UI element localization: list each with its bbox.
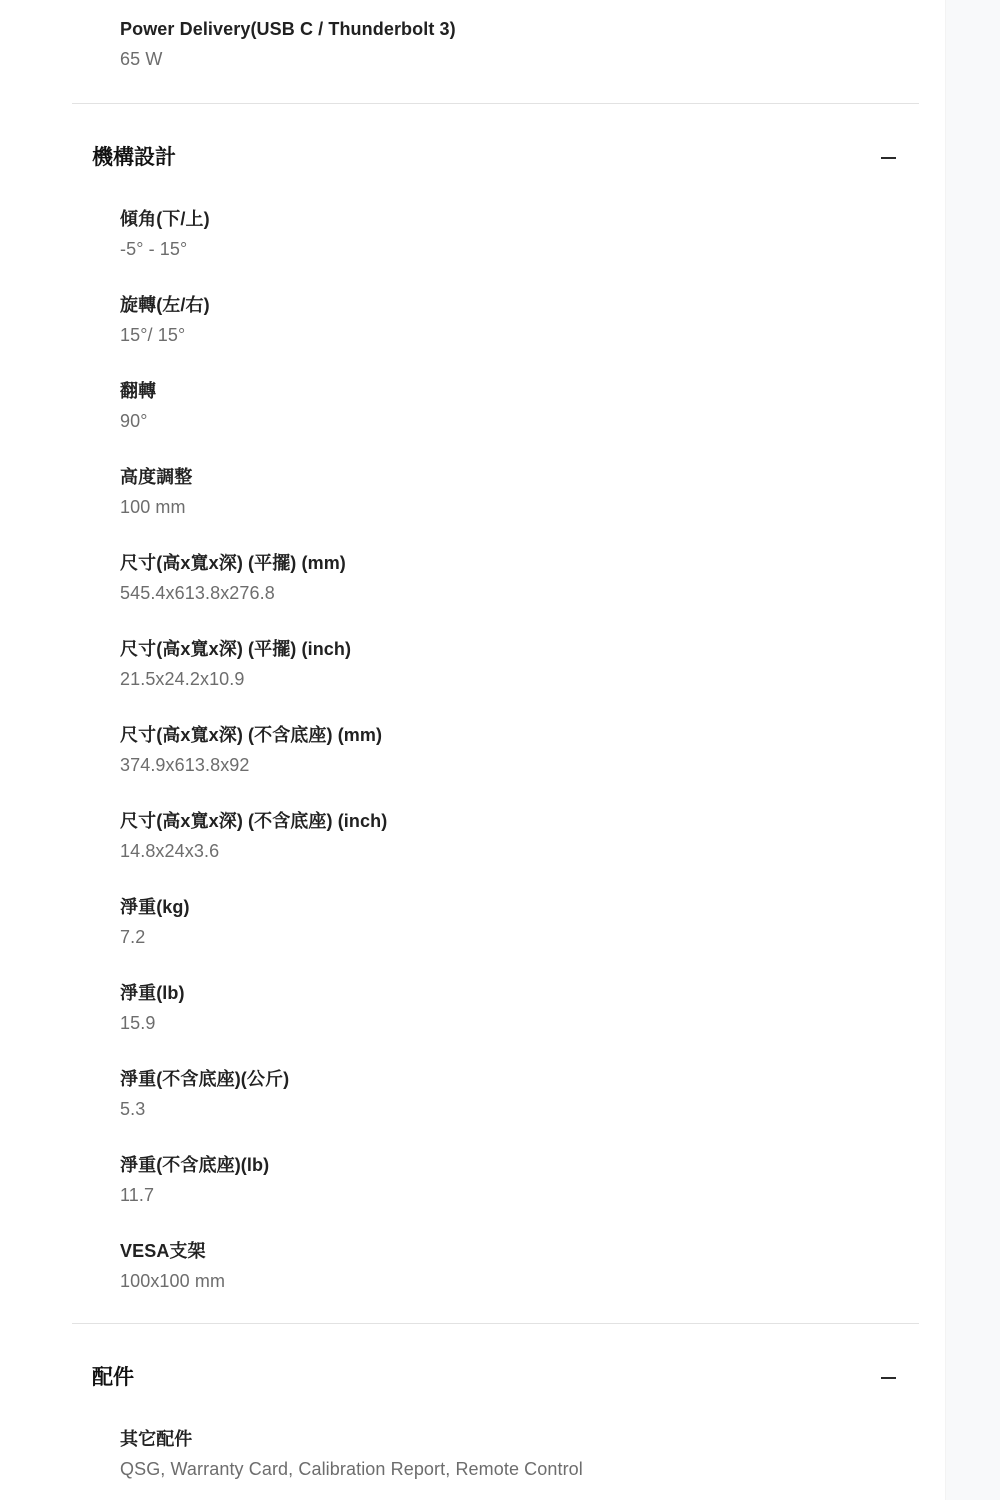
spec-row-dimensions-no-stand-inch: 尺寸(高x寬x深) (不含底座) (inch) 14.8x24x3.6 — [120, 809, 870, 863]
spec-label: 高度調整 — [120, 465, 870, 489]
spec-value: 90° — [120, 409, 870, 433]
spec-value: -5° - 15° — [120, 237, 870, 261]
spec-value: 65 W — [120, 47, 870, 71]
spec-label: 尺寸(高x寬x深) (平擺) (mm) — [120, 551, 870, 575]
spec-value: 5.3 — [120, 1097, 870, 1121]
spec-value: 7.2 — [120, 925, 870, 949]
spec-row-dimensions-no-stand-mm: 尺寸(高x寬x深) (不含底座) (mm) 374.9x613.8x92 — [120, 723, 870, 777]
spec-label: 淨重(不含底座)(公斤) — [120, 1067, 870, 1091]
collapse-minus-icon[interactable] — [881, 157, 896, 159]
spec-label: 尺寸(高x寬x深) (不含底座) (inch) — [120, 809, 870, 833]
spec-row-tilt: 傾角(下/上) -5° - 15° — [120, 207, 870, 261]
spec-label: 傾角(下/上) — [120, 207, 870, 231]
spec-label: 翻轉 — [120, 379, 870, 403]
spec-row-net-weight-kg: 淨重(kg) 7.2 — [120, 895, 870, 949]
section-header-accessories[interactable]: 配件 — [92, 1324, 896, 1393]
spec-label: 尺寸(高x寬x深) (平擺) (inch) — [120, 637, 870, 661]
spec-row-net-weight-no-stand-lb: 淨重(不含底座)(lb) 11.7 — [120, 1153, 870, 1207]
spec-row-dimensions-with-stand-mm: 尺寸(高x寬x深) (平擺) (mm) 545.4x613.8x276.8 — [120, 551, 870, 605]
spec-value: 374.9x613.8x92 — [120, 753, 870, 777]
spec-value: 100 mm — [120, 495, 870, 519]
spec-page: Power Delivery(USB C / Thunderbolt 3) 65… — [0, 0, 1000, 1500]
spec-row-swivel: 旋轉(左/右) 15°/ 15° — [120, 293, 870, 347]
spec-value: 11.7 — [120, 1183, 870, 1207]
spec-label: 淨重(不含底座)(lb) — [120, 1153, 870, 1177]
section-header-mechanical-design[interactable]: 機構設計 — [92, 104, 896, 173]
spec-row-height-adjust: 高度調整 100 mm — [120, 465, 870, 519]
spec-row-pivot: 翻轉 90° — [120, 379, 870, 433]
spec-value: 15.9 — [120, 1011, 870, 1035]
spec-value: 15°/ 15° — [120, 323, 870, 347]
spec-label: 尺寸(高x寬x深) (不含底座) (mm) — [120, 723, 870, 747]
spec-label: 淨重(lb) — [120, 981, 870, 1005]
spec-row-vesa-mount: VESA支架 100x100 mm — [120, 1239, 870, 1293]
section-body-mechanical-design: 傾角(下/上) -5° - 15° 旋轉(左/右) 15°/ 15° 翻轉 90… — [120, 173, 870, 1293]
spec-value: QSG, Warranty Card, Calibration Report, … — [120, 1457, 870, 1481]
spec-row-dimensions-with-stand-inch: 尺寸(高x寬x深) (平擺) (inch) 21.5x24.2x10.9 — [120, 637, 870, 691]
spec-value: 100x100 mm — [120, 1269, 870, 1293]
section-title: 配件 — [92, 1363, 134, 1393]
spec-value: 545.4x613.8x276.8 — [120, 581, 870, 605]
spec-label: Power Delivery(USB C / Thunderbolt 3) — [120, 17, 870, 41]
spec-value: 21.5x24.2x10.9 — [120, 667, 870, 691]
spec-row-other-accessories: 其它配件 QSG, Warranty Card, Calibration Rep… — [120, 1427, 870, 1481]
section-title: 機構設計 — [92, 143, 176, 173]
spec-label: VESA支架 — [120, 1239, 870, 1263]
section-body-accessories: 其它配件 QSG, Warranty Card, Calibration Rep… — [120, 1393, 870, 1481]
spec-value: 14.8x24x3.6 — [120, 839, 870, 863]
spec-label: 旋轉(左/右) — [120, 293, 870, 317]
spec-row-net-weight-no-stand-kg: 淨重(不含底座)(公斤) 5.3 — [120, 1067, 870, 1121]
spec-row-net-weight-lb: 淨重(lb) 15.9 — [120, 981, 870, 1035]
spec-content: Power Delivery(USB C / Thunderbolt 3) 65… — [0, 0, 1000, 1481]
spec-row-power-delivery: Power Delivery(USB C / Thunderbolt 3) 65… — [120, 17, 870, 71]
spec-label: 淨重(kg) — [120, 895, 870, 919]
collapse-minus-icon[interactable] — [881, 1377, 896, 1379]
spec-label: 其它配件 — [120, 1427, 870, 1451]
